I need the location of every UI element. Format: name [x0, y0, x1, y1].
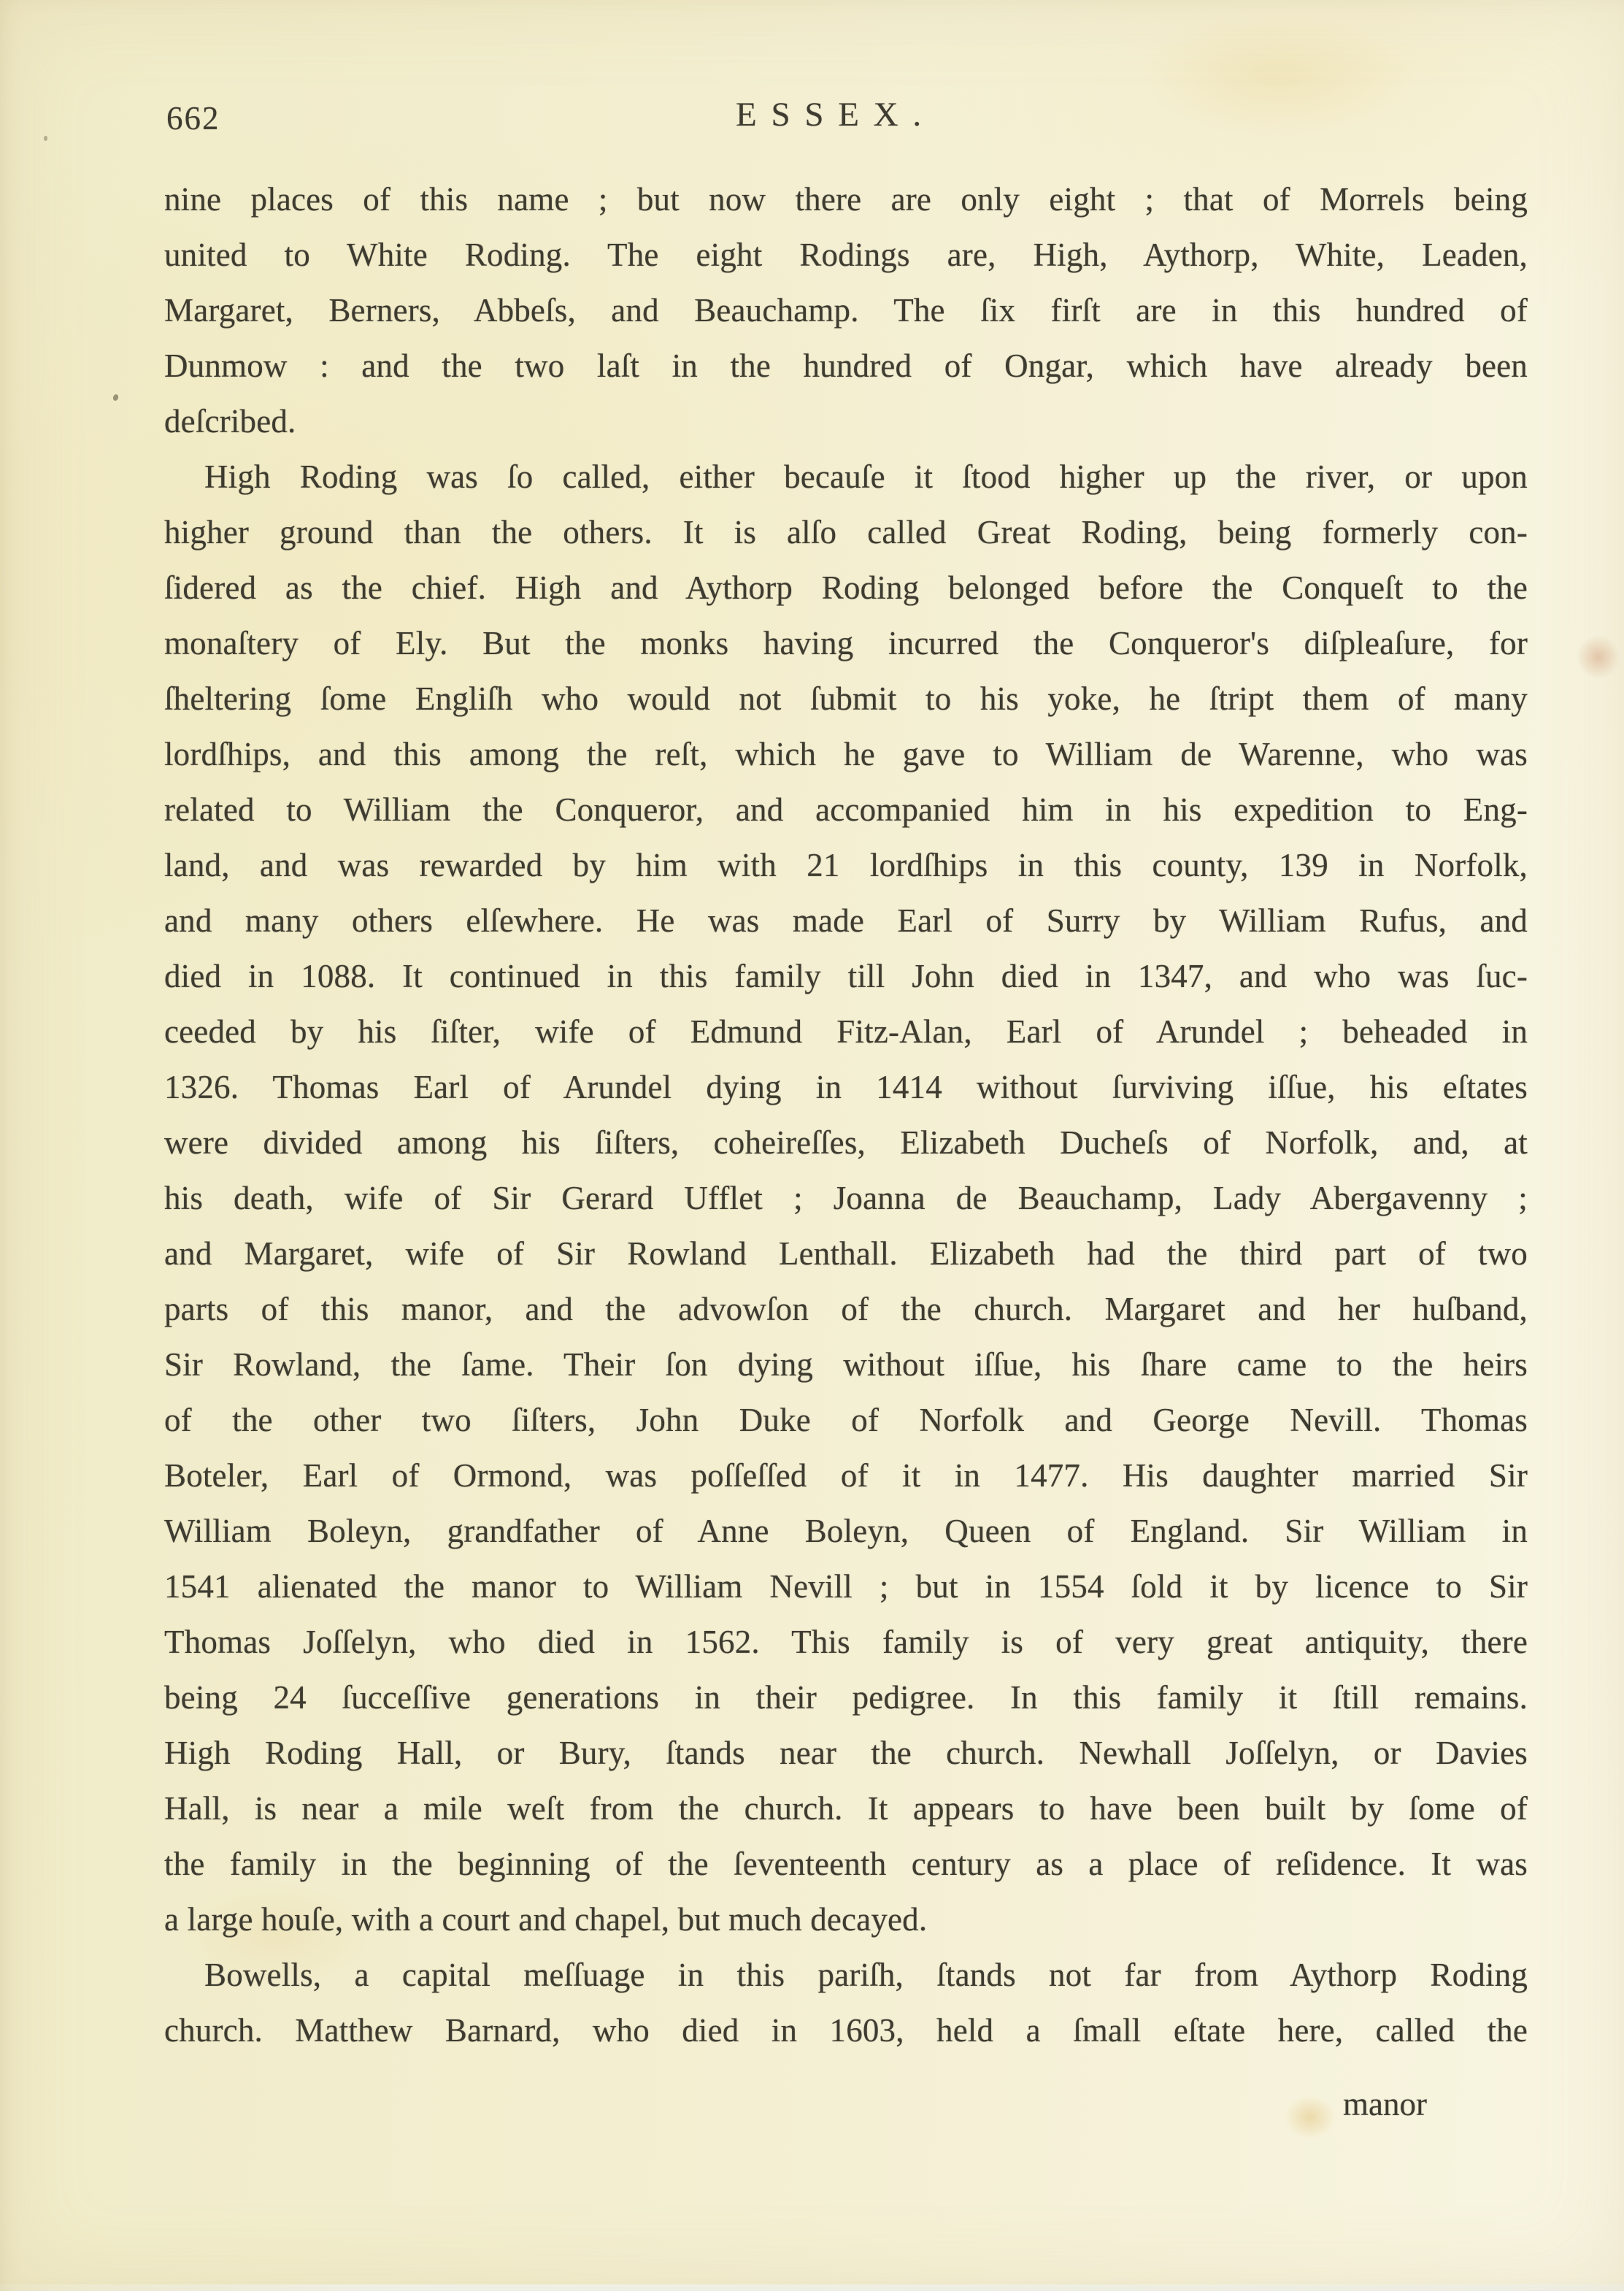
- text-line: 1326. Thomas Earl of Arundel dying in 14…: [164, 1059, 1528, 1115]
- text-line: land, and was rewarded by him with 21 lo…: [164, 837, 1528, 893]
- text-line: Hall, is near a mile weſt from the churc…: [164, 1781, 1528, 1836]
- scan-edge: [0, 2284, 1624, 2291]
- text-line: ſidered as the chief. High and Aythorp R…: [164, 560, 1528, 615]
- book-page: 662 ESSEX. nine places of this name ; bu…: [0, 0, 1624, 2291]
- page-number: 662: [166, 102, 220, 135]
- text-line: ceeded by his ſiſter, wife of Edmund Fit…: [164, 1004, 1528, 1059]
- text-line: High Roding Hall, or Bury, ſtands near t…: [164, 1725, 1528, 1781]
- text-line: being 24 ſucceſſive generations in their…: [164, 1670, 1528, 1725]
- running-title: ESSEX.: [736, 98, 936, 132]
- text-line: Dunmow : and the two laſt in the hundred…: [164, 338, 1528, 394]
- body-text: nine places of this name ; but now there…: [164, 172, 1528, 2058]
- text-line: nine places of this name ; but now there…: [164, 172, 1528, 227]
- ink-speck: [112, 394, 120, 402]
- paper-stain: [1285, 2095, 1336, 2139]
- text-line: his death, wife of Sir Gerard Ufflet ; J…: [164, 1170, 1528, 1226]
- paper-stain: [1577, 635, 1620, 679]
- text-line: Margaret, Berners, Abbeſs, and Beauchamp…: [164, 283, 1528, 338]
- ink-speck: [44, 136, 47, 141]
- text-line: Sir Rowland, the ſame. Their ſon dying w…: [164, 1337, 1528, 1392]
- text-line: Boteler, Earl of Ormond, was poſſeſſed o…: [164, 1448, 1528, 1503]
- text-line: monaſtery of Ely. But the monks having i…: [164, 615, 1528, 671]
- text-line: were divided among his ſiſters, coheireſ…: [164, 1115, 1528, 1170]
- text-line: church. Matthew Barnard, who died in 160…: [164, 2003, 1528, 2058]
- text-line: lordſhips, and this among the reſt, whic…: [164, 726, 1528, 782]
- text-line: and many others elſewhere. He was made E…: [164, 893, 1528, 948]
- text-line: High Roding was ſo called, either becauſ…: [164, 449, 1528, 504]
- paper-stain: [1139, 15, 1416, 139]
- text-line: ſheltering ſome Engliſh who would not ſu…: [164, 671, 1528, 726]
- text-line: Bowells, a capital meſſuage in this pari…: [164, 1947, 1528, 2003]
- catchword: manor: [1343, 2076, 1427, 2132]
- text-line: Thomas Joſſelyn, who died in 1562. This …: [164, 1614, 1528, 1670]
- text-line: the family in the beginning of the ſeven…: [164, 1836, 1528, 1892]
- text-line: united to White Roding. The eight Roding…: [164, 227, 1528, 283]
- text-line: and Margaret, wife of Sir Rowland Lentha…: [164, 1226, 1528, 1281]
- text-line: William Boleyn, grandfather of Anne Bole…: [164, 1503, 1528, 1559]
- text-line: parts of this manor, and the advowſon of…: [164, 1281, 1528, 1337]
- text-line: of the other two ſiſters, John Duke of N…: [164, 1392, 1528, 1448]
- text-line: died in 1088. It continued in this famil…: [164, 948, 1528, 1004]
- text-line: deſcribed.: [164, 394, 1528, 449]
- text-line: related to William the Conqueror, and ac…: [164, 782, 1528, 837]
- text-line: higher ground than the others. It is alſ…: [164, 504, 1528, 560]
- text-line: 1541 alienated the manor to William Nevi…: [164, 1559, 1528, 1614]
- text-line: a large houſe, with a court and chapel, …: [164, 1892, 1528, 1947]
